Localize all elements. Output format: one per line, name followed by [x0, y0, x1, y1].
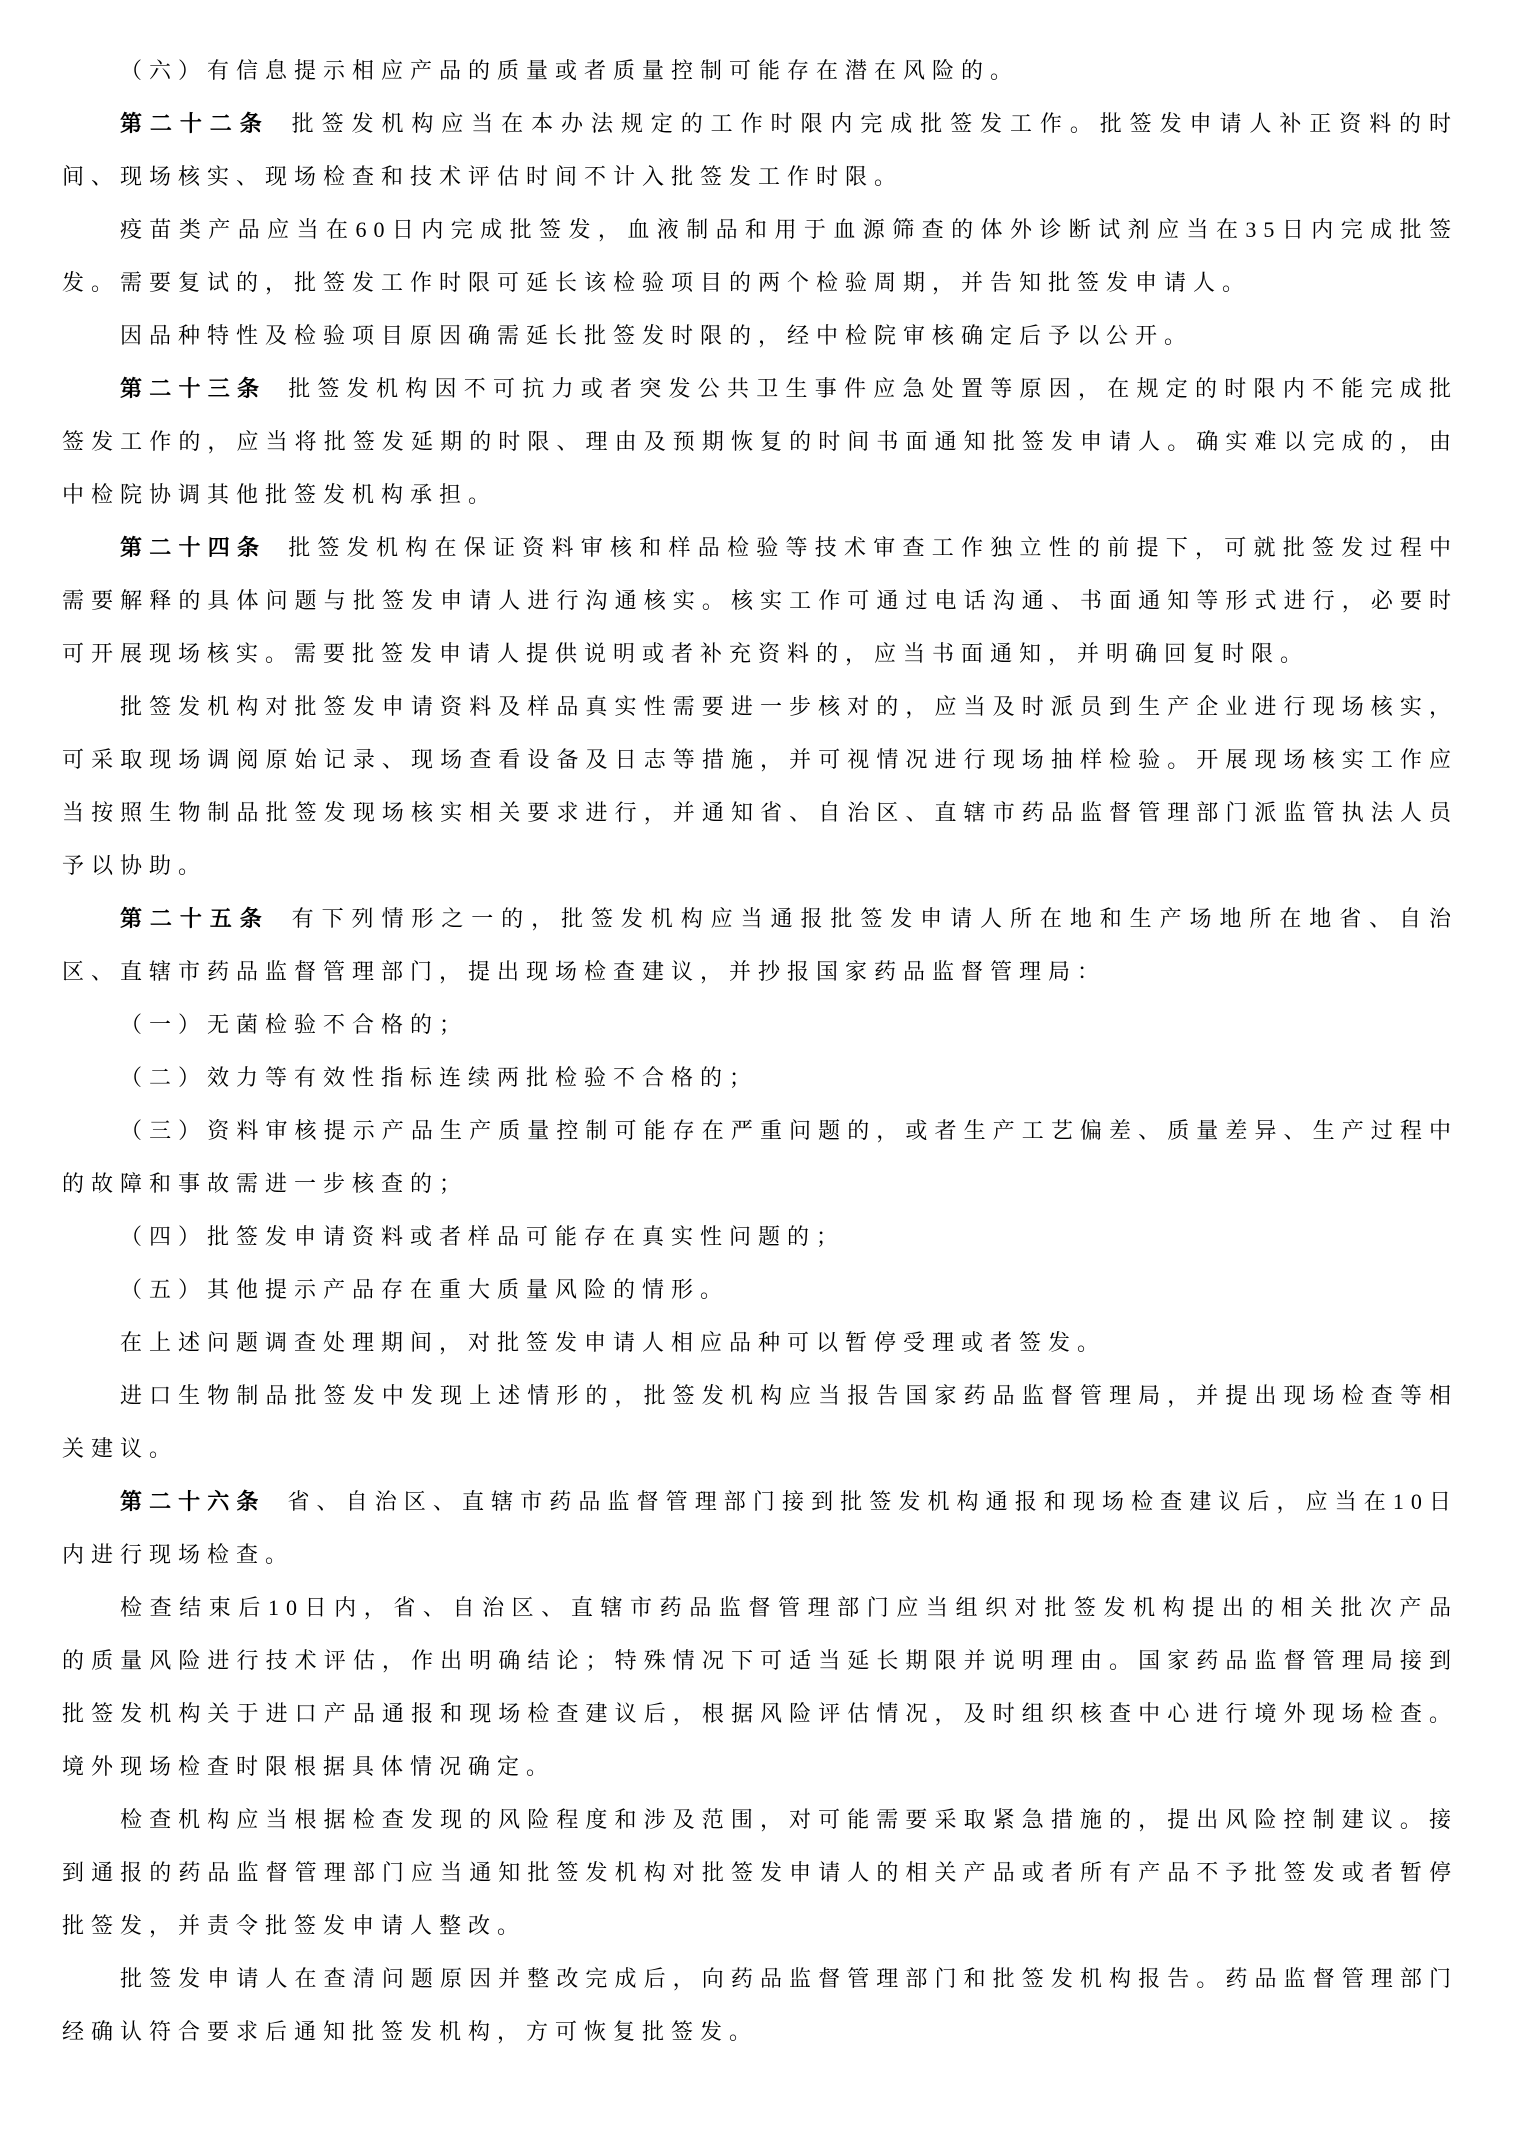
- document-body: （六）有信息提示相应产品的质量或者质量控制可能存在潜在风险的。 第二十二条批签发…: [62, 44, 1458, 2058]
- paragraph: （四）批签发申请资料或者样品可能存在真实性问题的；: [62, 1210, 1458, 1263]
- paragraph-text: 省、自治区、直辖市药品监督管理部门接到批签发机构通报和现场检查建议后，应当在10…: [62, 1489, 1458, 1567]
- article-number: 第二十六条: [120, 1489, 265, 1514]
- paragraph: （五）其他提示产品存在重大质量风险的情形。: [62, 1263, 1458, 1316]
- paragraph-text: 批签发机构对批签发申请资料及样品真实性需要进一步核对的，应当及时派员到生产企业进…: [62, 694, 1458, 878]
- paragraph-text: 检查结束后10日内，省、自治区、直辖市药品监督管理部门应当组织对批签发机构提出的…: [62, 1595, 1458, 1779]
- paragraph-text: 批签发机构因不可抗力或者突发公共卫生事件应急处置等原因，在规定的时限内不能完成批…: [62, 376, 1458, 507]
- paragraph-text: 批签发机构应当在本办法规定的工作时限内完成批签发工作。批签发申请人补正资料的时间…: [62, 111, 1458, 189]
- paragraph-text: 批签发申请人在查清问题原因并整改完成后，向药品监督管理部门和批签发机构报告。药品…: [62, 1966, 1458, 2044]
- paragraph: 因品种特性及检验项目原因确需延长批签发时限的，经中检院审核确定后予以公开。: [62, 309, 1458, 362]
- paragraph-text: 进口生物制品批签发中发现上述情形的，批签发机构应当报告国家药品监督管理局，并提出…: [62, 1383, 1458, 1461]
- paragraph: （二）效力等有效性指标连续两批检验不合格的；: [62, 1051, 1458, 1104]
- document-page: （六）有信息提示相应产品的质量或者质量控制可能存在潜在风险的。 第二十二条批签发…: [0, 0, 1520, 2150]
- paragraph: 批签发申请人在查清问题原因并整改完成后，向药品监督管理部门和批签发机构报告。药品…: [62, 1952, 1458, 2058]
- paragraph: （三）资料审核提示产品生产质量控制可能存在严重问题的，或者生产工艺偏差、质量差异…: [62, 1104, 1458, 1210]
- paragraph: 第二十二条批签发机构应当在本办法规定的工作时限内完成批签发工作。批签发申请人补正…: [62, 97, 1458, 203]
- paragraph-text: （六）有信息提示相应产品的质量或者质量控制可能存在潜在风险的。: [120, 58, 1019, 83]
- paragraph: 进口生物制品批签发中发现上述情形的，批签发机构应当报告国家药品监督管理局，并提出…: [62, 1369, 1458, 1475]
- paragraph-text: （二）效力等有效性指标连续两批检验不合格的；: [120, 1065, 758, 1090]
- paragraph-text: 批签发机构在保证资料审核和样品检验等技术审查工作独立性的前提下，可就批签发过程中…: [62, 535, 1458, 666]
- paragraph: 第二十六条省、自治区、直辖市药品监督管理部门接到批签发机构通报和现场检查建议后，…: [62, 1475, 1458, 1581]
- article-number: 第二十五条: [120, 906, 270, 931]
- paragraph: 检查机构应当根据检查发现的风险程度和涉及范围，对可能需要采取紧急措施的，提出风险…: [62, 1793, 1458, 1952]
- paragraph-text: 有下列情形之一的，批签发机构应当通报批签发申请人所在地和生产场地所在地省、自治区…: [62, 906, 1458, 984]
- paragraph: 第二十五条有下列情形之一的，批签发机构应当通报批签发申请人所在地和生产场地所在地…: [62, 892, 1458, 998]
- paragraph-text: （一）无菌检验不合格的；: [120, 1012, 468, 1037]
- paragraph-text: 疫苗类产品应当在60日内完成批签发，血液制品和用于血源筛查的体外诊断试剂应当在3…: [62, 217, 1458, 295]
- paragraph: 批签发机构对批签发申请资料及样品真实性需要进一步核对的，应当及时派员到生产企业进…: [62, 680, 1458, 892]
- paragraph-text: 检查机构应当根据检查发现的风险程度和涉及范围，对可能需要采取紧急措施的，提出风险…: [62, 1807, 1458, 1938]
- paragraph-text: 在上述问题调查处理期间，对批签发申请人相应品种可以暂停受理或者签发。: [120, 1330, 1106, 1355]
- paragraph: 在上述问题调查处理期间，对批签发申请人相应品种可以暂停受理或者签发。: [62, 1316, 1458, 1369]
- paragraph: 检查结束后10日内，省、自治区、直辖市药品监督管理部门应当组织对批签发机构提出的…: [62, 1581, 1458, 1793]
- paragraph-text: （三）资料审核提示产品生产质量控制可能存在严重问题的，或者生产工艺偏差、质量差异…: [62, 1118, 1458, 1196]
- article-number: 第二十三条: [120, 376, 266, 401]
- paragraph: 疫苗类产品应当在60日内完成批签发，血液制品和用于血源筛查的体外诊断试剂应当在3…: [62, 203, 1458, 309]
- paragraph-text: （五）其他提示产品存在重大质量风险的情形。: [120, 1277, 729, 1302]
- paragraph-text: 因品种特性及检验项目原因确需延长批签发时限的，经中检院审核确定后予以公开。: [120, 323, 1193, 348]
- paragraph: 第二十四条批签发机构在保证资料审核和样品检验等技术审查工作独立性的前提下，可就批…: [62, 521, 1458, 680]
- paragraph-text: （四）批签发申请资料或者样品可能存在真实性问题的；: [120, 1224, 845, 1249]
- paragraph: 第二十三条批签发机构因不可抗力或者突发公共卫生事件应急处置等原因，在规定的时限内…: [62, 362, 1458, 521]
- paragraph: （一）无菌检验不合格的；: [62, 998, 1458, 1051]
- article-number: 第二十二条: [120, 111, 270, 136]
- article-number: 第二十四条: [120, 535, 266, 560]
- paragraph: （六）有信息提示相应产品的质量或者质量控制可能存在潜在风险的。: [62, 44, 1458, 97]
